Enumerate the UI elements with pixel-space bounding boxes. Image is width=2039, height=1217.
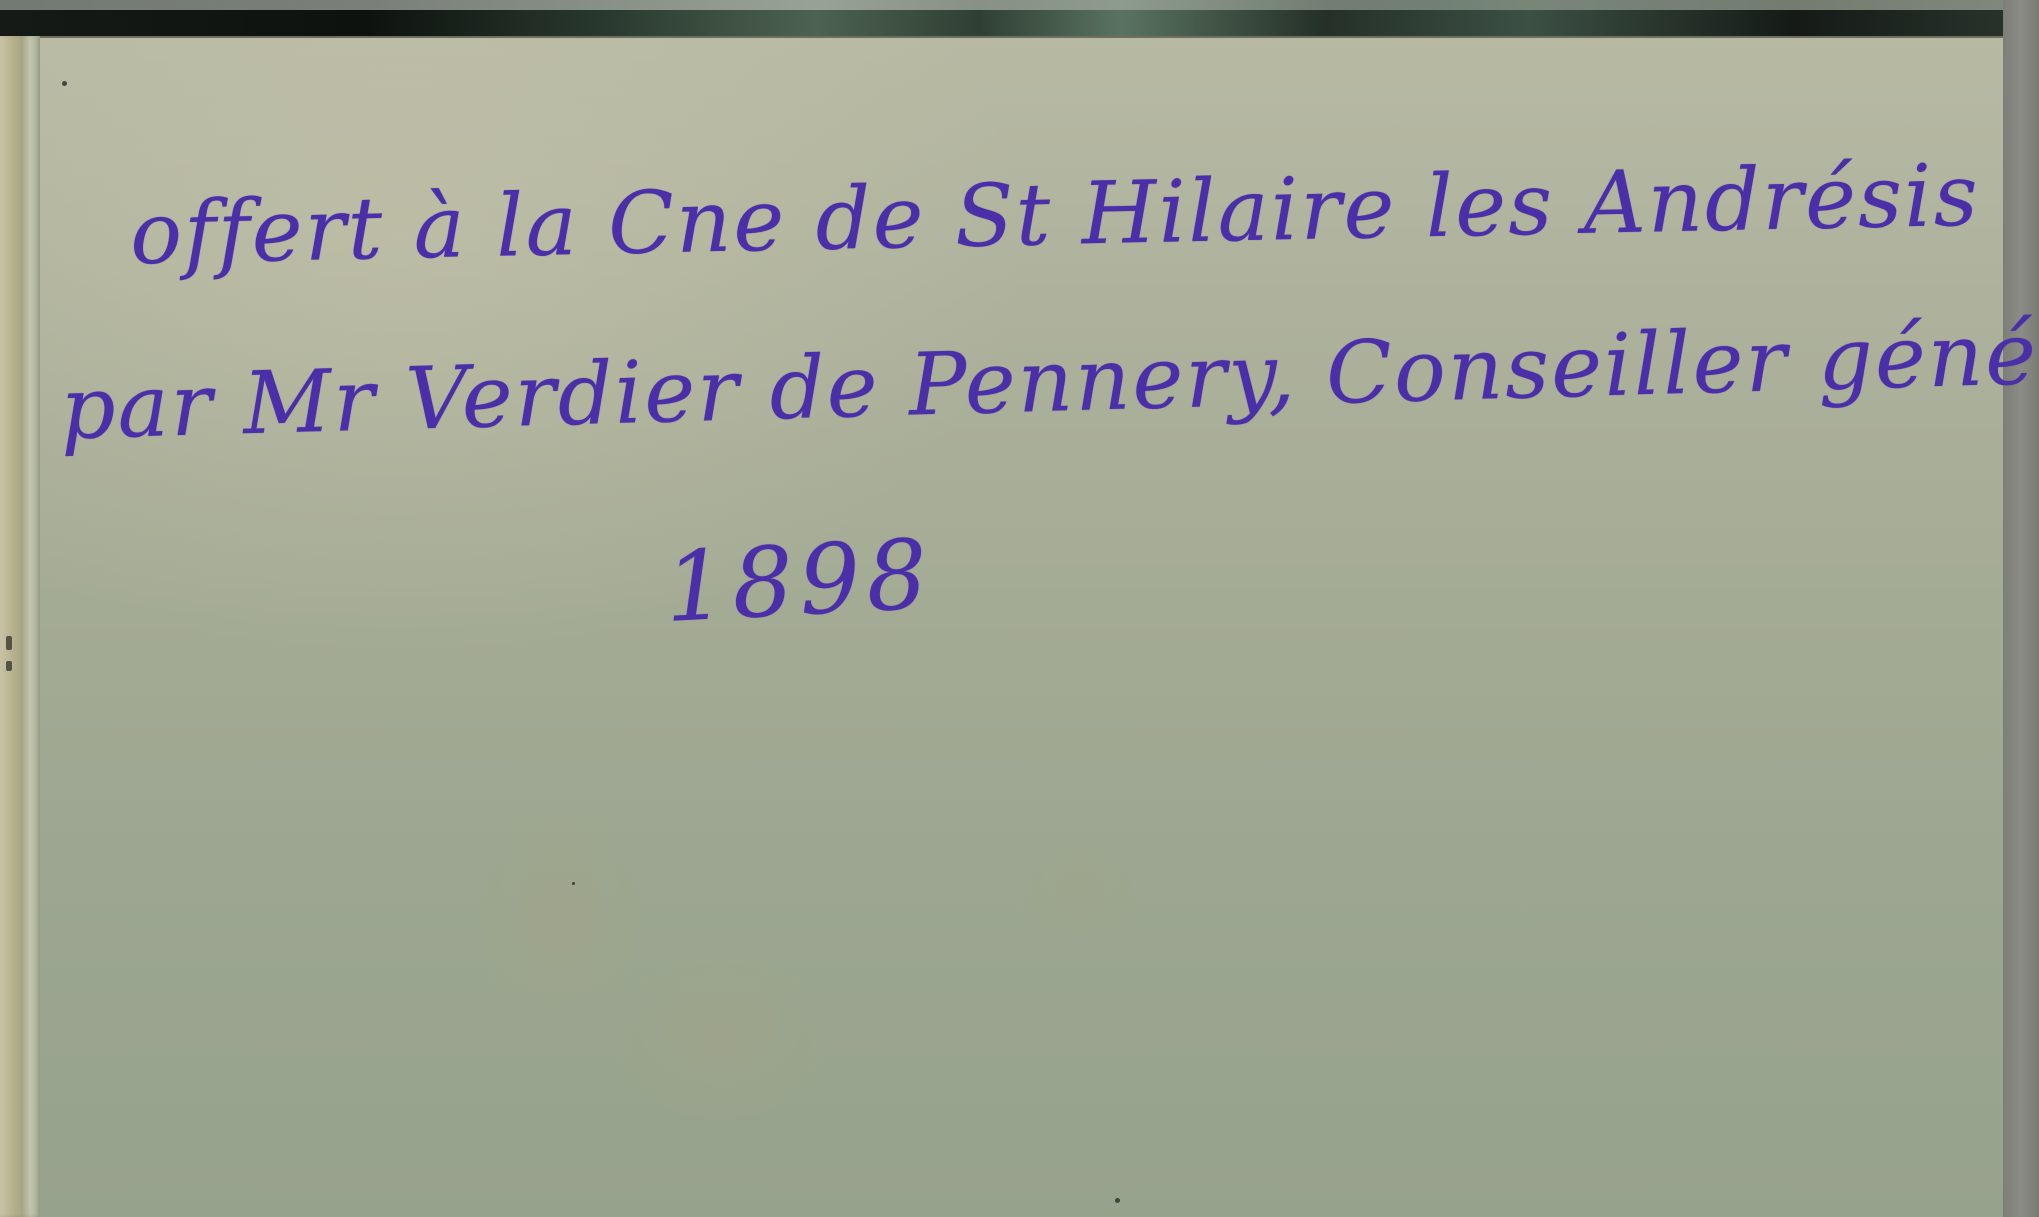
- paper-speck: [1115, 1198, 1120, 1203]
- paper-speck: [62, 81, 67, 86]
- binding-mark: [6, 661, 12, 671]
- inscription-year: 1898: [662, 518, 936, 644]
- binding-mark: [6, 636, 12, 650]
- binding-gutter: [0, 36, 40, 1217]
- background-edge: [2003, 0, 2039, 1217]
- paper-speck: [572, 882, 575, 885]
